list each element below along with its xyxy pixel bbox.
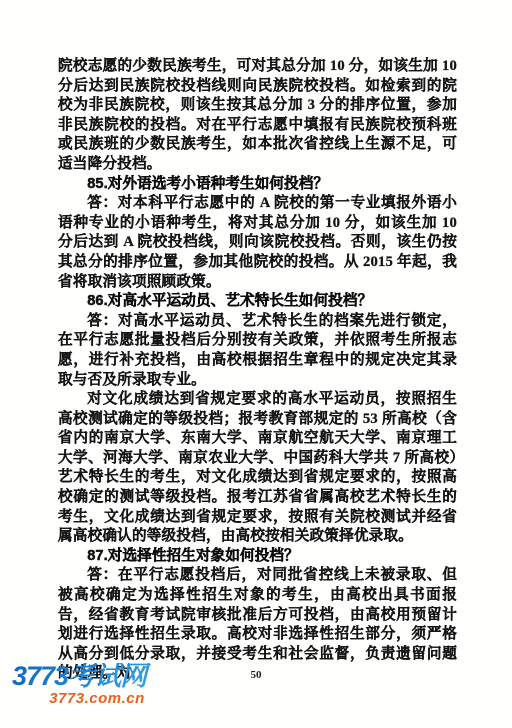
question-heading-85: 85.对外语选考小语种考生如何投档？ bbox=[58, 175, 457, 195]
document-page: 院校志愿的少数民族考生，可对其总分加 10 分，如该生加 10 分后达到民族院校… bbox=[0, 0, 512, 728]
text-content: 院校志愿的少数民族考生，可对其总分加 10 分，如该生加 10 分后达到民族院校… bbox=[58, 57, 457, 684]
answer-paragraph-85: 答：对本科平行志愿中的 A 院校的第一专业填报外语小语种专业的小语种考生，将对其… bbox=[58, 194, 457, 292]
paragraph-continuation: 院校志愿的少数民族考生，可对其总分加 10 分，如该生加 10 分后达到民族院校… bbox=[58, 57, 457, 175]
answer-paragraph-86-2: 对文化成绩达到省规定要求的高水平运动员，按照招生高校测试确定的等级投档；报考教育… bbox=[58, 390, 457, 547]
watermark-logo: 3773考试网 3773.com.cn bbox=[12, 663, 182, 706]
site-url-text: 3773.com.cn bbox=[12, 691, 182, 706]
question-heading-86: 86.对高水平运动员、艺术特长生如何投档？ bbox=[58, 292, 457, 312]
question-heading-87: 87.对选择性招生对象如何投档？ bbox=[58, 547, 457, 567]
site-name-text: 3773考试网 bbox=[12, 663, 182, 690]
answer-paragraph-86-1: 答：对高水平运动员、艺术特长生的档案先进行锁定，在平行志愿批量投档后分别按有关政… bbox=[58, 312, 457, 390]
